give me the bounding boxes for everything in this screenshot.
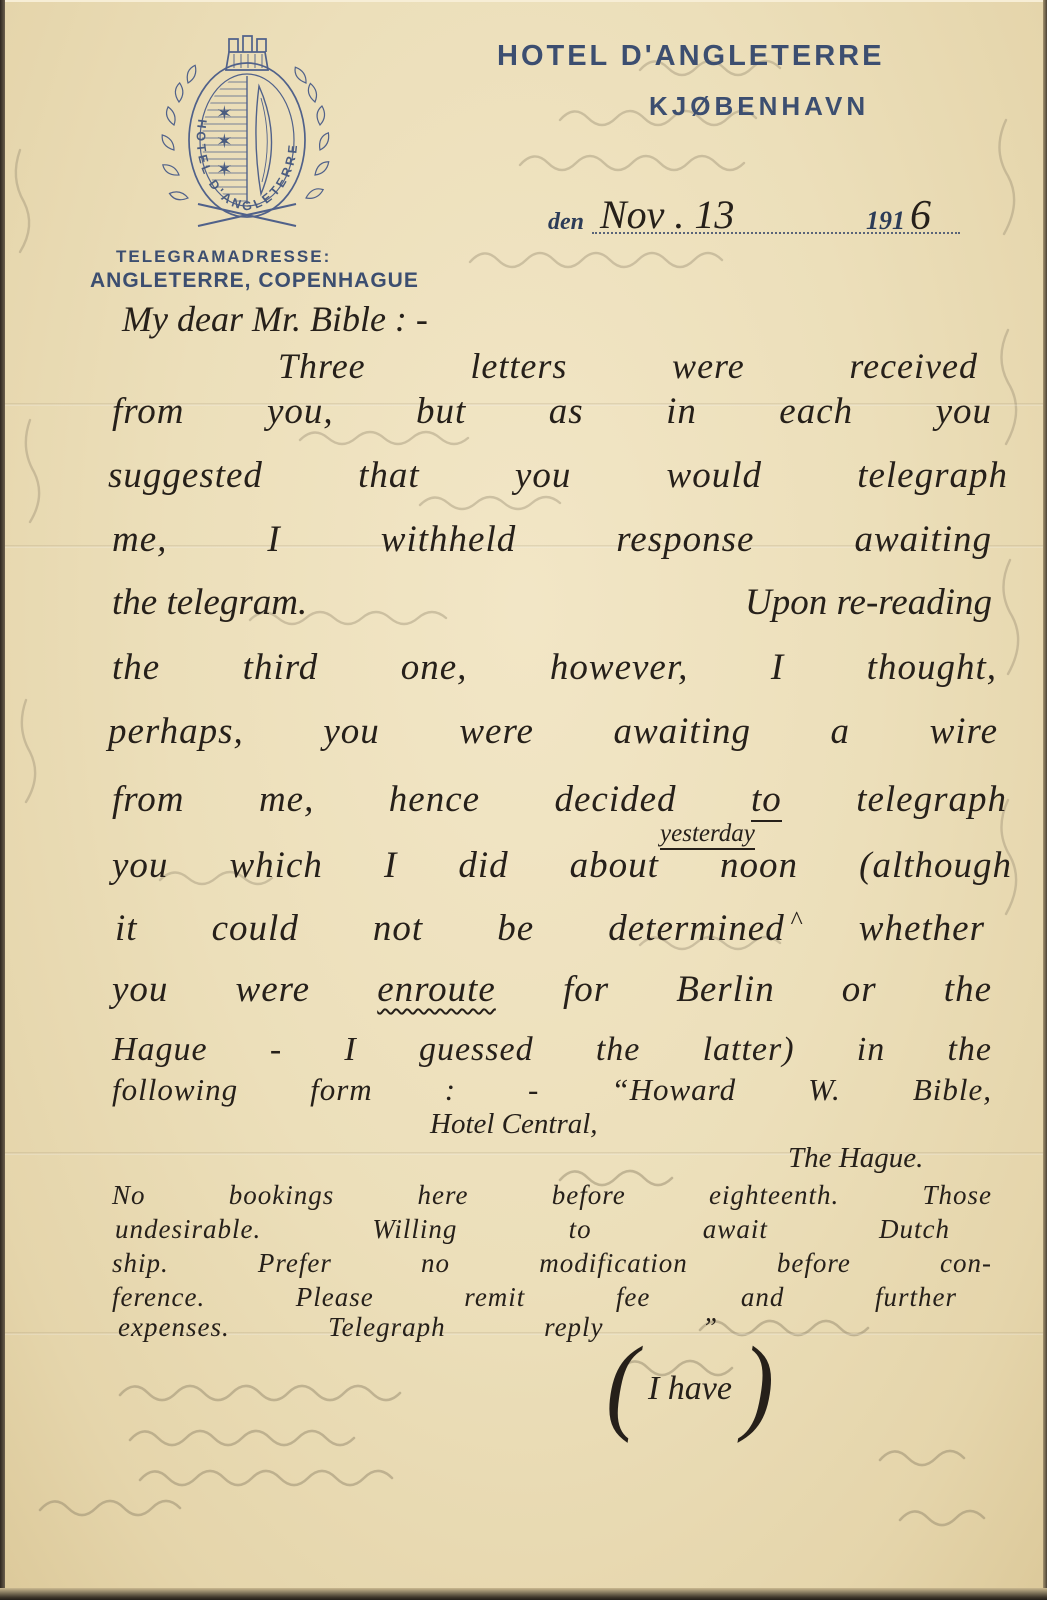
letter-line: the third one, however, I thought, [112,648,997,689]
crest-stars: ✶✶✶ [216,101,233,181]
letter-line-part: you which I did about noon [112,845,798,886]
letter-line-part: (although [859,845,1012,886]
telegram-body-line: ference. Please remit fee and further [112,1283,957,1313]
inserted-word: yesterday [660,820,755,850]
letter-line: the telegram. Upon re-reading [112,583,992,624]
telegram-address-value: ANGLETERRE, COPENHAGUE [90,269,419,293]
date-year-printed: 191 [866,206,905,236]
telegram-body-line: undesirable. Willing to await Dutch [115,1215,950,1245]
svg-text:✶: ✶ [216,101,233,125]
letter-line: following form : - “Howard W. Bible, [112,1073,992,1107]
telegram-body-line: No bookings here before eighteenth. Thos… [112,1181,992,1211]
letter-line: you were enroute for Berlin or the [112,970,992,1011]
open-paren: ( [606,1330,638,1438]
letter-line: me, I withheld response awaiting [112,520,992,561]
letter-line-part: you were [112,969,310,1010]
letter-line-part: the telegram. [112,583,307,624]
letter-line: Three letters were received [278,347,978,387]
closing-text: I have [648,1360,732,1407]
svg-text:✶: ✶ [216,157,233,181]
letter-line: from me, hence decided to telegraph [112,780,1007,821]
telegram-body-line: ship. Prefer no modification before con- [112,1249,992,1279]
paper-edge-bottom [0,1588,1047,1600]
date-prefix: den [548,209,584,236]
telegram-address-line: Hotel Central, [430,1109,598,1141]
letter-line: perhaps, you were awaiting a wire [108,712,998,753]
letter-line-part: for Berlin or the [563,969,992,1010]
paper-edge-top [0,0,1047,2]
date-line: den Nov . 13 191 6 [548,188,960,240]
letter-scan-page: ✶✶✶ HOTEL D'ANGLETERRE HOTEL D'ANGLETERR… [0,0,1047,1600]
telegram-address-label: TELEGRAMADRESSE: [116,247,331,267]
closing-remark: ( I have ) [606,1336,774,1432]
paper-edge-left [0,0,5,1600]
hotel-crest-logo-icon: ✶✶✶ HOTEL D'ANGLETERRE [140,28,354,240]
city-name: KJØBENHAVN [649,91,869,122]
wavy-underlined-word: enroute [377,969,496,1010]
letter-line: Hague - I guessed the latter) in the [112,1031,992,1068]
salutation-line: My dear Mr. Bible : - [122,300,697,340]
letter-line: from you, but as in each you [112,392,992,433]
telegram-address-line: The Hague. [788,1143,923,1175]
letter-line: you which I did about noonyesterday^ (al… [112,846,1012,887]
date-year-handwritten: 6 [910,192,931,240]
close-paren: ) [742,1330,774,1438]
underlined-word: to [751,779,782,822]
letter-line-part: from me, hence decided [112,779,677,820]
letter-line-part: Upon re-reading [745,583,992,624]
letter-line: suggested that you would telegraph [108,456,1008,497]
paper-edge-right [1043,0,1047,1600]
date-handwritten: Nov . 13 [600,191,734,238]
hotel-name: HOTEL D'ANGLETERRE [497,40,884,73]
svg-text:✶: ✶ [216,129,233,153]
letter-line: it could not be determined whether [115,909,985,950]
letter-line-part: telegraph [856,779,1007,820]
